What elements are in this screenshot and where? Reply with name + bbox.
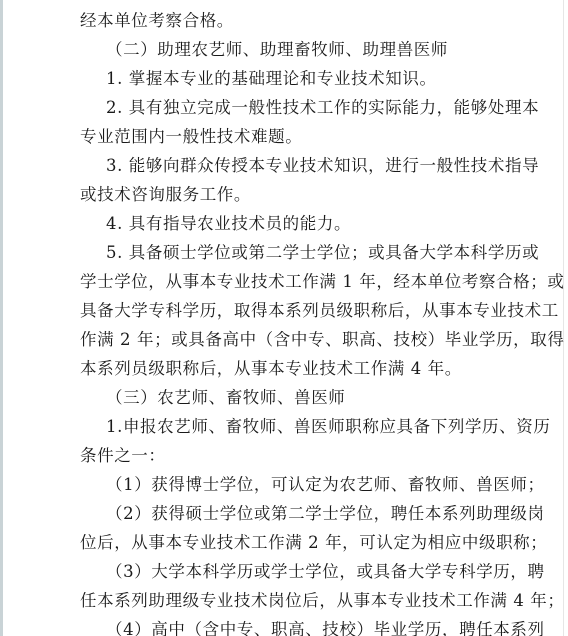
condition-item-4: （4）高中（含中专、职高、技校）毕业学历，聘任本系列 (80, 615, 510, 636)
text-line: 作满 2 年；或具备高中（含中专、职高、技校）毕业学历，取得 (80, 325, 510, 354)
list-item-4: 4. 具有指导农业技术员的能力。 (80, 209, 510, 238)
text-line: 任本系列助理级专业技术岗位后，从事本专业技术工作满 4 年； (80, 586, 510, 615)
text-line: 具备大学专科学历，取得本系列员级职称后，从事本专业技术工 (80, 296, 510, 325)
text-line: 条件之一： (80, 441, 510, 470)
condition-item-3: （3）大学本科学历或学士学位，或具备大学专科学历，聘 (80, 557, 510, 586)
condition-item-2: （2）获得硕士学位或第二学士学位，聘任本系列助理级岗 (80, 499, 510, 528)
list-item-1: 1. 掌握本专业的基础理论和专业技术知识。 (80, 64, 510, 93)
text-line: 本系列员级职称后，从事本专业技术工作满 4 年。 (80, 354, 510, 383)
page-right-border (563, 0, 564, 636)
section-heading-intermediate: （三）农艺师、畜牧师、兽医师 (80, 383, 510, 412)
section-heading-assistant: （二）助理农艺师、助理畜牧师、助理兽医师 (80, 35, 510, 64)
list-item-1: 1.申报农艺师、畜牧师、兽医师职称应具备下列学历、资历 (80, 412, 510, 441)
page-left-border (0, 0, 3, 636)
document-page: 经本单位考察合格。 （二）助理农艺师、助理畜牧师、助理兽医师 1. 掌握本专业的… (80, 6, 510, 636)
text-line: 位后，从事本专业技术工作满 2 年，可认定为相应中级职称； (80, 528, 510, 557)
text-line: 或技术咨询服务工作。 (80, 180, 510, 209)
list-item-2: 2. 具有独立完成一般性技术工作的实际能力，能够处理本 (80, 93, 510, 122)
condition-item-1: （1）获得博士学位，可认定为农艺师、畜牧师、兽医师； (80, 470, 510, 499)
list-item-3: 3. 能够向群众传授本专业技术知识，进行一般性技术指导 (80, 151, 510, 180)
text-line: 专业范围内一般性技术难题。 (80, 122, 510, 151)
text-line: 学士学位，从事本专业技术工作满 1 年，经本单位考察合格；或 (80, 267, 510, 296)
list-item-5: 5. 具备硕士学位或第二学士学位；或具备大学本科学历或 (80, 238, 510, 267)
text-line: 经本单位考察合格。 (80, 6, 510, 35)
